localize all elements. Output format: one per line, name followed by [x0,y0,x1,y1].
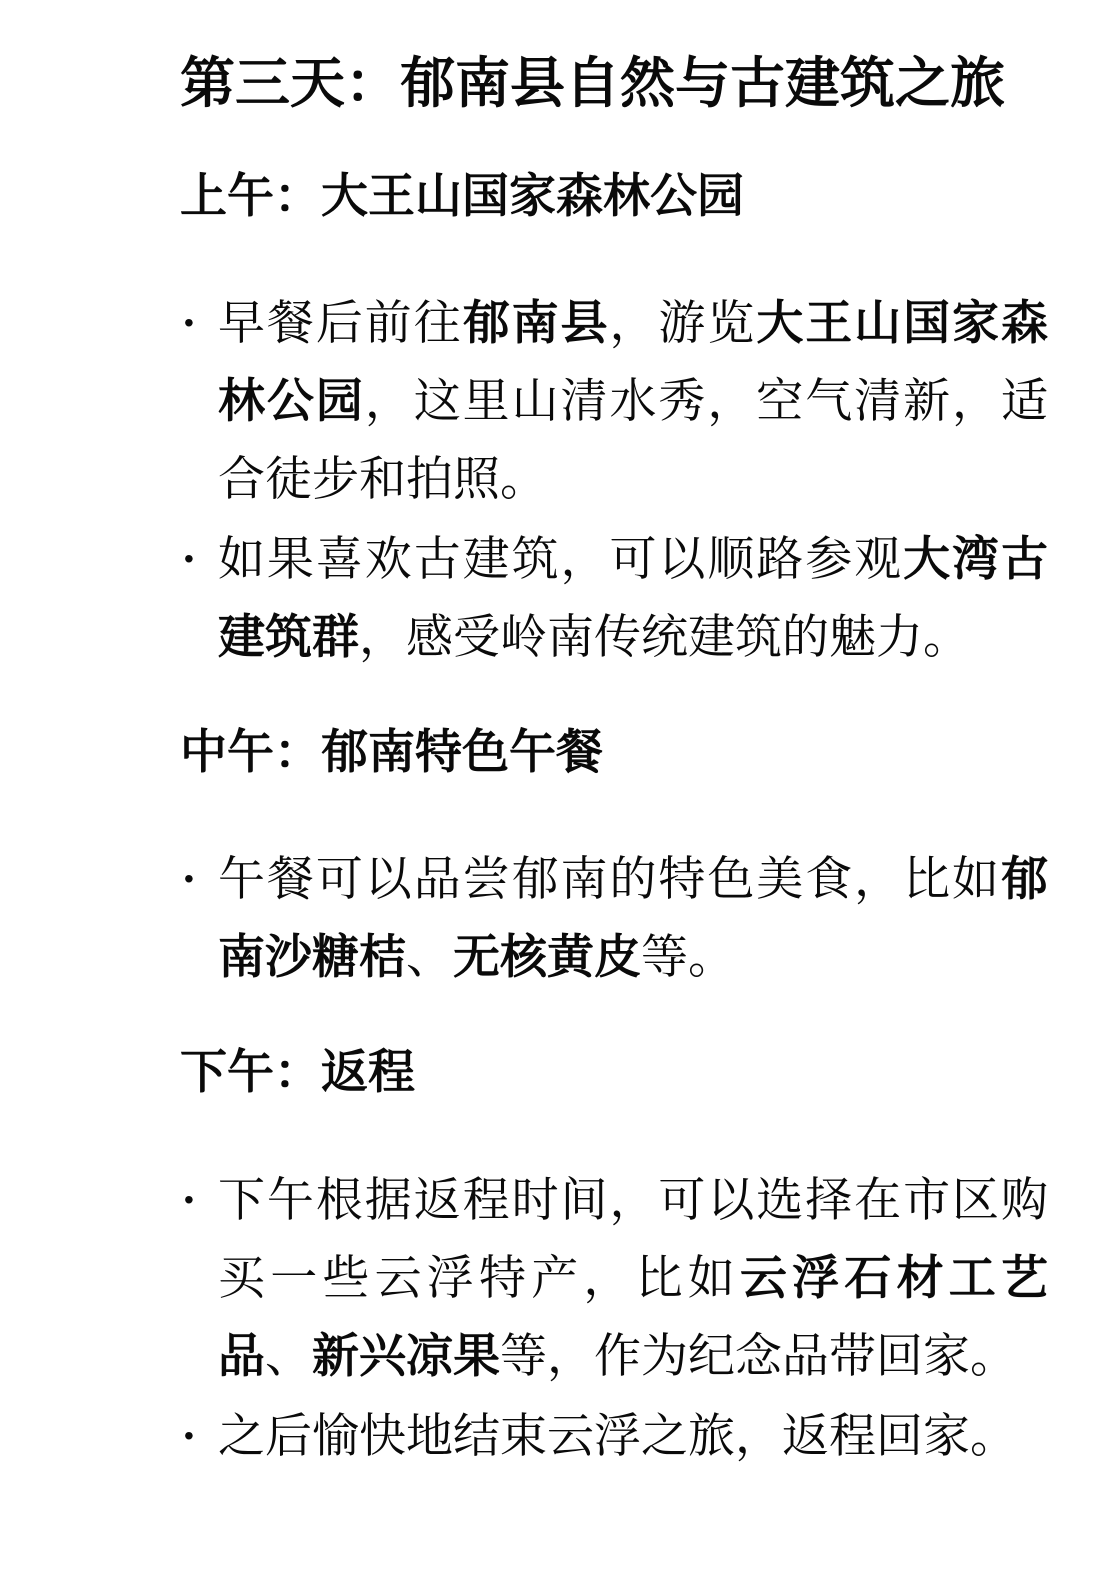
list-item: • 早餐后前往郁南县，游览大王山国家森林公园，这里山清水秀，空气清新，适合徒步和… [180,284,1048,518]
list-item-text: 下午根据返程时间，可以选择在市区购买一些云浮特产，比如云浮石材工艺品、新兴凉果等… [218,1173,1048,1382]
list-item-text: 如果喜欢古建筑，可以顺路参观大湾古建筑群，感受岭南传统建筑的魅力。 [218,532,1048,663]
text-segment: 等，作为纪念品带回家。 [500,1329,1017,1382]
text-segment: 之后愉快地结束云浮之旅，返程回家。 [218,1409,1017,1462]
bullet-list: • 下午根据返程时间，可以选择在市区购买一些云浮特产，比如云浮石材工艺品、新兴凉… [180,1161,1048,1475]
itinerary-section: 上午：大王山国家森林公园 • 早餐后前往郁南县，游览大王山国家森林公园，这里山清… [180,164,1048,676]
itinerary-section: 下午：返程 • 下午根据返程时间，可以选择在市区购买一些云浮特产，比如云浮石材工… [180,1040,1048,1474]
page-title: 第三天：郁南县自然与古建筑之旅 [180,48,1048,120]
bullet-list: • 午餐可以品尝郁南的特色美食，比如郁南沙糖桔、无核黄皮等。 [180,840,1048,996]
bullet-marker-icon: • [184,520,194,598]
bullet-marker-icon: • [184,840,194,918]
text-segment: ，游览 [610,296,757,349]
text-segment: 午餐可以品尝郁南的特色美食，比如 [218,852,1001,905]
bullet-marker-icon: • [184,1161,194,1239]
list-item-text: 午餐可以品尝郁南的特色美食，比如郁南沙糖桔、无核黄皮等。 [218,852,1048,983]
text-segment: 、 [406,930,453,983]
text-segment: 、 [265,1329,312,1382]
bold-text-segment: 郁南县 [463,296,610,349]
sections-container: 上午：大王山国家森林公园 • 早餐后前往郁南县，游览大王山国家森林公园，这里山清… [180,164,1048,1475]
section-heading: 中午：郁南特色午餐 [180,720,1048,783]
text-segment: 早餐后前往 [218,296,463,349]
list-item: • 下午根据返程时间，可以选择在市区购买一些云浮特产，比如云浮石材工艺品、新兴凉… [180,1161,1048,1395]
list-item-text: 早餐后前往郁南县，游览大王山国家森林公园，这里山清水秀，空气清新，适合徒步和拍照… [218,296,1048,505]
bold-text-segment: 无核黄皮 [453,930,641,983]
text-segment: ，感受岭南传统建筑的魅力。 [359,610,970,663]
list-item: • 午餐可以品尝郁南的特色美食，比如郁南沙糖桔、无核黄皮等。 [180,840,1048,996]
list-item: • 之后愉快地结束云浮之旅，返程回家。 [180,1397,1048,1475]
bullet-marker-icon: • [184,1397,194,1475]
itinerary-document: 第三天：郁南县自然与古建筑之旅 上午：大王山国家森林公园 • 早餐后前往郁南县，… [0,0,1100,1563]
itinerary-section: 中午：郁南特色午餐 • 午餐可以品尝郁南的特色美食，比如郁南沙糖桔、无核黄皮等。 [180,720,1048,996]
text-segment: 如果喜欢古建筑，可以顺路参观 [218,532,903,585]
bullet-list: • 早餐后前往郁南县，游览大王山国家森林公园，这里山清水秀，空气清新，适合徒步和… [180,284,1048,676]
bold-text-segment: 新兴凉果 [312,1329,500,1382]
list-item: • 如果喜欢古建筑，可以顺路参观大湾古建筑群，感受岭南传统建筑的魅力。 [180,520,1048,676]
list-item-text: 之后愉快地结束云浮之旅，返程回家。 [218,1409,1017,1462]
section-heading: 上午：大王山国家森林公园 [180,164,1048,227]
text-segment: 等。 [641,930,735,983]
section-heading: 下午：返程 [180,1040,1048,1103]
bullet-marker-icon: • [184,284,194,362]
